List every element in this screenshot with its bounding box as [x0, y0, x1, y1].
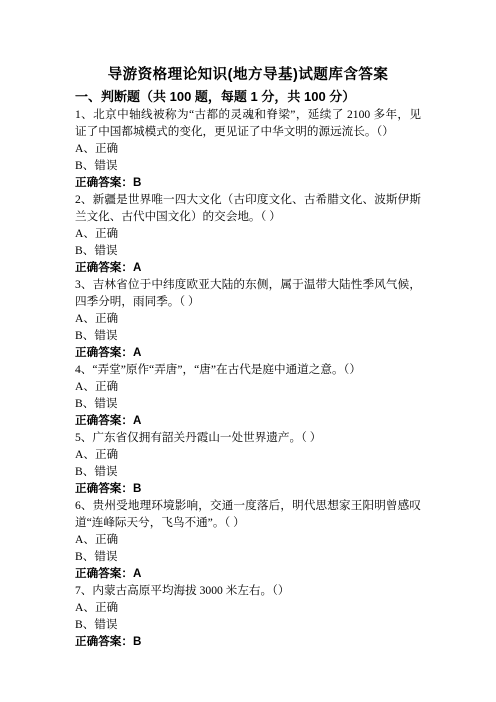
question-stem: 3、吉林省位于中纬度欧亚大陆的东侧，属于温带大陆性季风气候，四季分明，雨同季。（… — [75, 276, 421, 310]
question-block-1: 1、北京中轴线被称为“古都的灵魂和脊梁”，延续了 2100 多年，见证了中国都城… — [75, 106, 421, 191]
question-option-a: A、正确 — [75, 599, 421, 616]
question-answer: 正确答案：A — [75, 344, 421, 361]
question-answer: 正确答案：B — [75, 480, 421, 497]
question-block-6: 6、贵州受地理环境影响，交通一度落后，明代思想家王阳明曾感叹道“连峰际天兮，飞鸟… — [75, 497, 421, 582]
question-option-a: A、正确 — [75, 225, 421, 242]
question-block-4: 4、“弄堂”原作“弄唐”，“唐”在古代是庭中通道之意。（） A、正确 B、错误 … — [75, 361, 421, 429]
question-option-a: A、正确 — [75, 310, 421, 327]
document-title: 导游资格理论知识(地方导基)试题库含答案 — [75, 65, 421, 85]
question-answer: 正确答案：A — [75, 412, 421, 429]
question-option-b: B、错误 — [75, 242, 421, 259]
question-option-b: B、错误 — [75, 395, 421, 412]
question-stem: 7、内蒙古高原平均海拔 3000 米左右。（） — [75, 582, 421, 599]
question-stem: 6、贵州受地理环境影响，交通一度落后，明代思想家王阳明曾感叹道“连峰际天兮，飞鸟… — [75, 497, 421, 531]
question-option-b: B、错误 — [75, 327, 421, 344]
question-stem: 4、“弄堂”原作“弄唐”，“唐”在古代是庭中通道之意。（） — [75, 361, 421, 378]
question-answer: 正确答案：A — [75, 565, 421, 582]
question-option-a: A、正确 — [75, 140, 421, 157]
question-block-7: 7、内蒙古高原平均海拔 3000 米左右。（） A、正确 B、错误 正确答案：B — [75, 582, 421, 650]
question-block-3: 3、吉林省位于中纬度欧亚大陆的东侧，属于温带大陆性季风气候，四季分明，雨同季。（… — [75, 276, 421, 361]
question-answer: 正确答案：B — [75, 174, 421, 191]
question-answer: 正确答案：B — [75, 633, 421, 650]
question-option-a: A、正确 — [75, 531, 421, 548]
question-option-b: B、错误 — [75, 616, 421, 633]
question-option-a: A、正确 — [75, 378, 421, 395]
question-option-b: B、错误 — [75, 548, 421, 565]
section-heading: 一、判断题（共 100 题，每题 1 分，共 100 分） — [75, 88, 421, 106]
question-option-a: A、正确 — [75, 446, 421, 463]
document-page: 导游资格理论知识(地方导基)试题库含答案 一、判断题（共 100 题，每题 1 … — [0, 0, 496, 702]
question-block-5: 5、广东省仅拥有韶关丹霞山一处世界遗产。（ ） A、正确 B、错误 正确答案：B — [75, 429, 421, 497]
question-stem: 5、广东省仅拥有韶关丹霞山一处世界遗产。（ ） — [75, 429, 421, 446]
question-answer: 正确答案：A — [75, 259, 421, 276]
question-option-b: B、错误 — [75, 157, 421, 174]
question-stem: 2、新疆是世界唯一四大文化（古印度文化、古希腊文化、波斯伊斯兰文化、古代中国文化… — [75, 191, 421, 225]
question-stem: 1、北京中轴线被称为“古都的灵魂和脊梁”，延续了 2100 多年，见证了中国都城… — [75, 106, 421, 140]
question-block-2: 2、新疆是世界唯一四大文化（古印度文化、古希腊文化、波斯伊斯兰文化、古代中国文化… — [75, 191, 421, 276]
question-option-b: B、错误 — [75, 463, 421, 480]
